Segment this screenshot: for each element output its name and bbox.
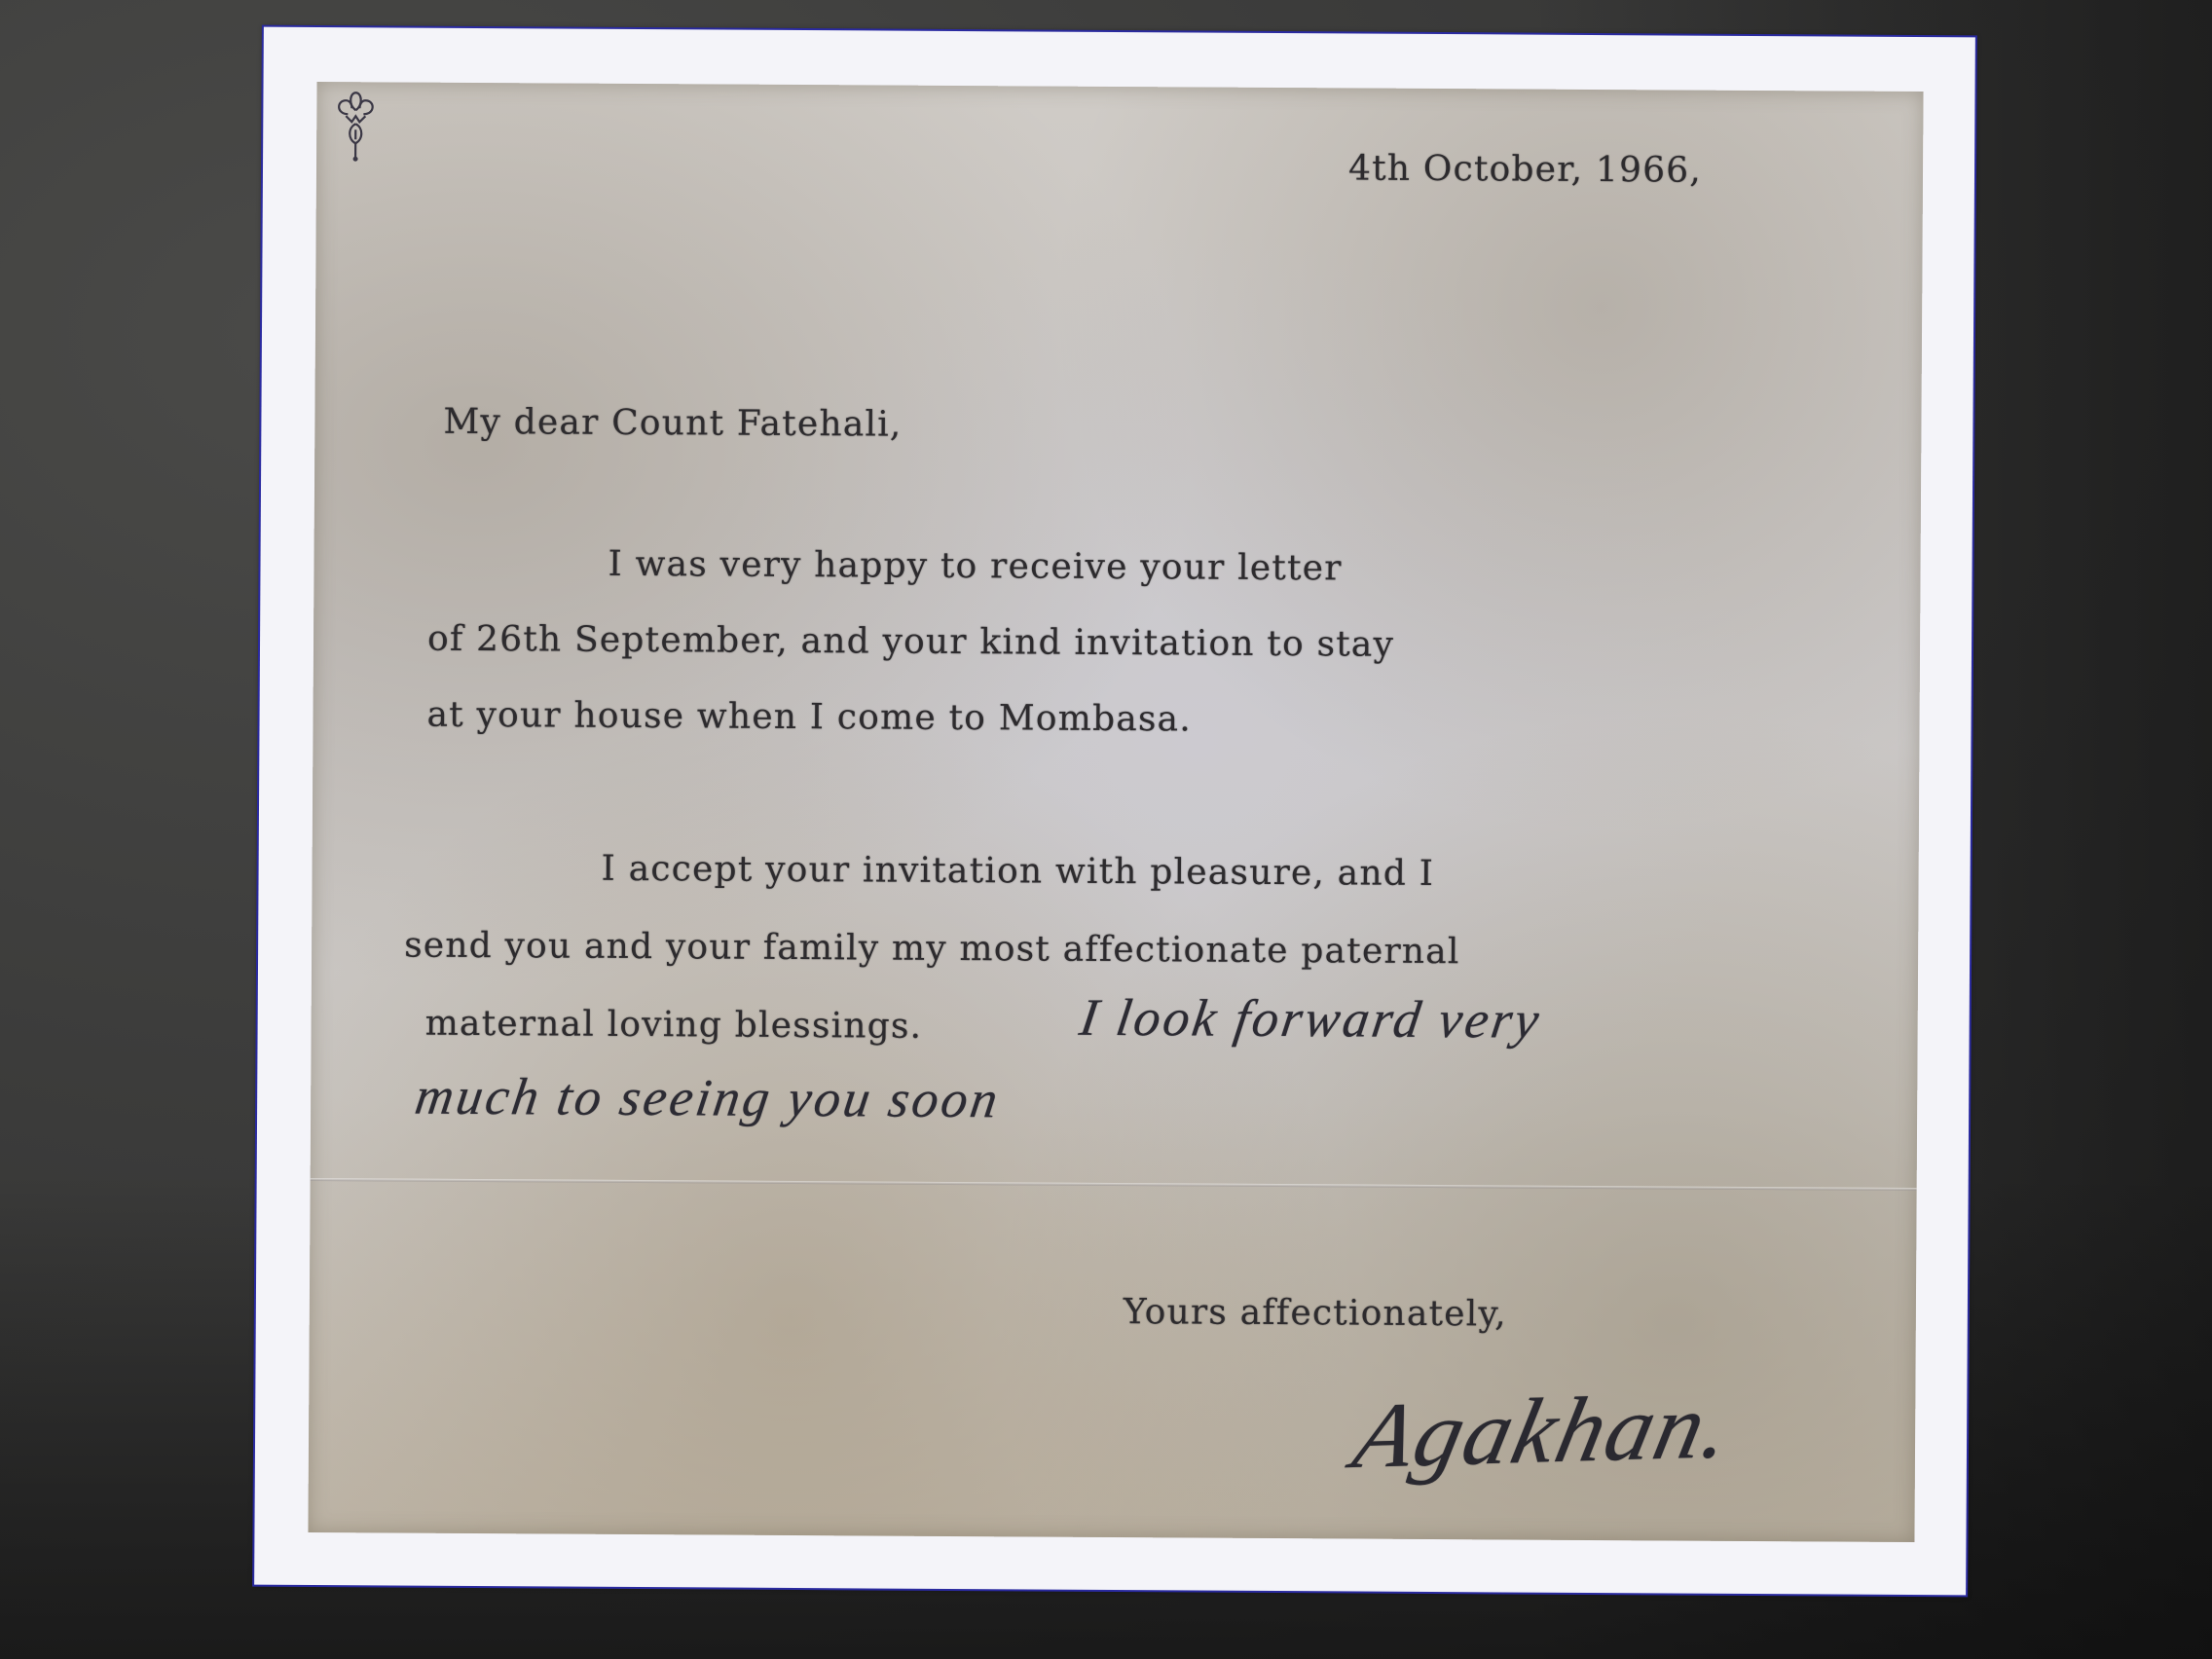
salutation: My dear Count Fatehali, xyxy=(443,402,902,445)
letter-paper: 4th October, 1966, My dear Count Fatehal… xyxy=(308,82,1923,1542)
letter-date: 4th October, 1966, xyxy=(1348,148,1702,190)
paragraph-1-line-2: of 26th September, and your kind invitat… xyxy=(427,619,1394,665)
paragraph-2-line-1: I accept your invitation with pleasure, … xyxy=(602,849,1435,894)
photo-print-frame: 4th October, 1966, My dear Count Fatehal… xyxy=(254,27,1975,1596)
paragraph-1-line-1: I was very happy to receive your letter xyxy=(608,544,1342,589)
signature: Agakhan. xyxy=(1345,1371,1743,1490)
paragraph-2-line-3: maternal loving blessings. xyxy=(425,1004,923,1047)
paper-fold-crease xyxy=(311,1178,1917,1191)
paragraph-1-line-3: at your house when I come to Mombasa. xyxy=(426,695,1192,740)
fleur-de-lis-crest-icon xyxy=(326,87,386,174)
paragraph-2-line-2: send you and your family my most affecti… xyxy=(404,926,1460,973)
handwritten-postscript-line-2: much to seeing you soon xyxy=(412,1066,1005,1130)
handwritten-postscript-line-1: I look forward very xyxy=(1076,987,1546,1051)
closing: Yours affectionately, xyxy=(1124,1292,1507,1334)
